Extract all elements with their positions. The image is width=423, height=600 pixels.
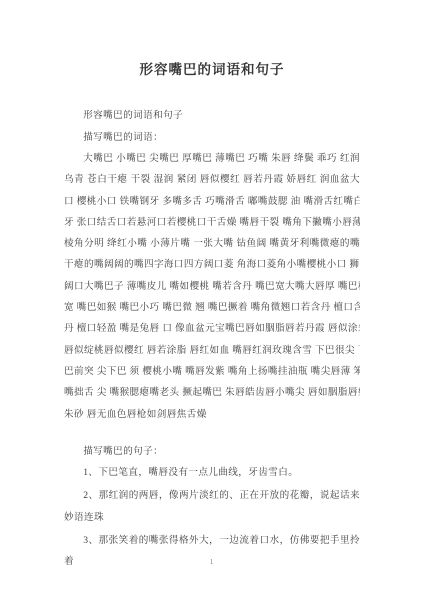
word-line: 棱角分明 绛红小嘴 小薄片嘴 一张大嘴 钻鱼阔 嘴黄牙利嘴微瘪的嘴 [64, 233, 360, 254]
word-line: 口 樱桃小口 铁嘴钢牙 多嘴多舌 巧嘴滑舌 嘟嘴鼓腮 油 嘴滑舌红嘴白 [64, 191, 360, 212]
word-line: 阔口大嘴巴子 薄嘴皮儿 嘴如樱桃 嘴若含丹 嘴巴宽大嘴大唇厚 嘴巴稍 [64, 276, 360, 297]
word-line: 乌青 苍白干瘪 干裂 湿润 紧闭 唇似樱红 唇若丹霞 娇唇红 润血盆大 [64, 169, 360, 190]
word-line: 干瘪的嘴阔阔的嘴四字海口四方阔口菱 角海口菱角小嘴樱桃小口 狮子 [64, 254, 360, 275]
page-title: 形容嘴巴的词语和句子 [64, 60, 360, 80]
document-page: 形容嘴巴的词语和句子 形容嘴巴的词语和句子 描写嘴巴的词语： 大嘴巴 小嘴巴 尖… [0, 0, 423, 600]
word-line: 牙 张口结舌口若悬河口若樱桃口干舌燥 嘴唇干裂 嘴角下撇嘴小唇薄 [64, 212, 360, 233]
word-line: 巴前突 尖下巴 须 樱桃小嘴 嘴唇发紫 嘴角上扬嘴挂油瓶 嘴尖唇薄 笨 [64, 361, 360, 382]
sentence-paragraph: 3、那张笑着的嘴张得格外大，一边流着口水，仿佛要把手里拎着 [64, 530, 360, 573]
doc-subtitle: 形容嘴巴的词语和句子 [64, 105, 360, 127]
word-line: 唇似绽桃唇似樱红 唇若涂脂 唇红如血 嘴唇红润玫瑰含雪 下巴很尖 下 [64, 340, 360, 361]
sentence-paragraph: 2、那红润的两唇，像两片淡红的、正在开放的花瓣，说起话来妙语连珠 [64, 485, 360, 528]
section-heading-sentences: 描写嘴巴的句子： [64, 441, 360, 463]
word-line: 丹 檀口轻盈 嘴是兔唇 口 像血盆元宝嘴巴唇如胭脂唇若丹霞 唇似涂朱 [64, 318, 360, 339]
word-line: 宽 嘴巴如猴 嘴巴小巧 嘴巴微 翘 嘴巴撅着 嘴角微翘口若含丹 檀口含 [64, 297, 360, 318]
word-line: 大嘴巴 小嘴巴 尖嘴巴 厚嘴巴 薄嘴巴 巧嘴 朱唇 绛鬓 乖巧 红润 [64, 148, 360, 169]
section-heading-words: 描写嘴巴的词语： [64, 127, 360, 149]
word-list: 大嘴巴 小嘴巴 尖嘴巴 厚嘴巴 薄嘴巴 巧嘴 朱唇 绛鬓 乖巧 红润乌青 苍白干… [64, 148, 360, 425]
word-line: 朱砂 唇无血色唇枪如剑唇焦舌燥 [64, 404, 360, 425]
sentence-paragraph: 1、下巴笔直，嘴唇没有一点儿曲线，牙齿雪白。 [64, 462, 360, 484]
page-number: 1 [0, 557, 423, 566]
word-line: 嘴拙舌 尖 嘴猴腮瘪嘴老头 撅起嘴巴 朱唇皓齿唇小嘴尖 唇如胭脂唇如 [64, 382, 360, 403]
